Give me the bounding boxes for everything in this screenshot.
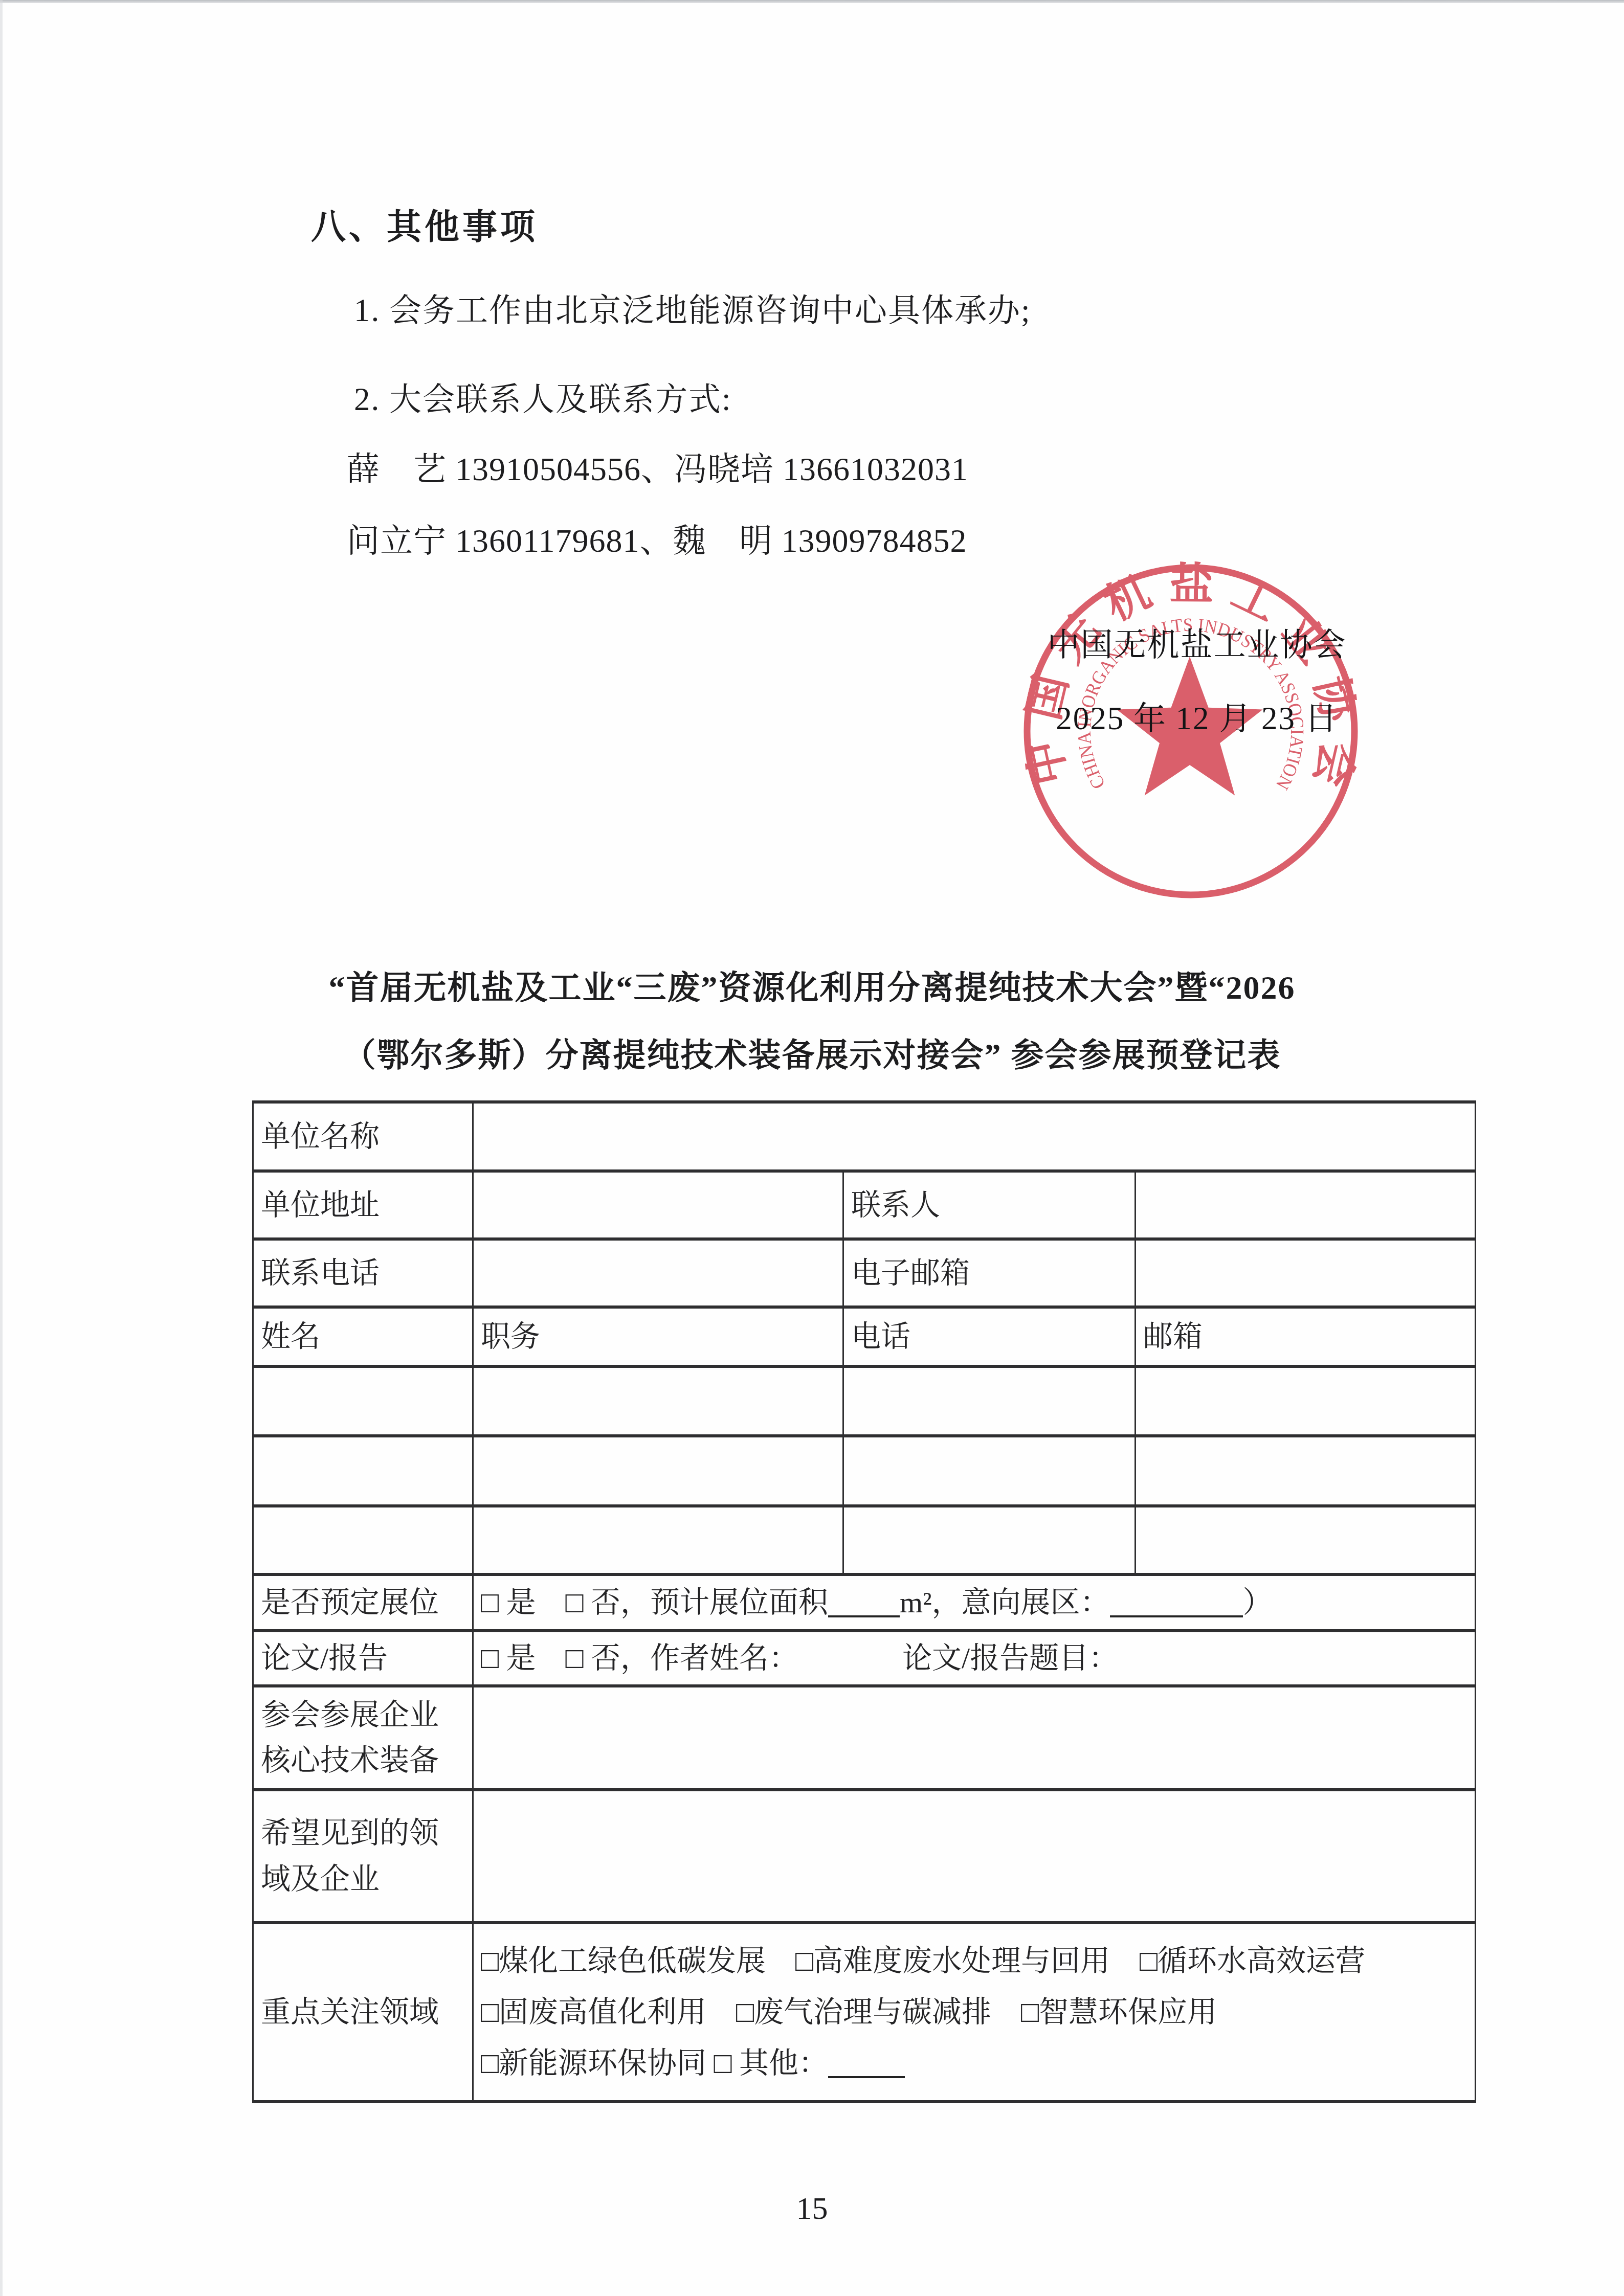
attendee-phone-cell: [843, 1366, 1136, 1436]
hope-row: 希望见到的领域及企业: [253, 1790, 1476, 1923]
focus-row: 重点关注领域 □煤化工绿色低碳发展 □高难度废水处理与回用 □循环水高效运营 □…: [253, 1923, 1476, 2102]
attendee-name-cell: [253, 1436, 473, 1506]
paper-label: 论文/报告: [253, 1631, 473, 1686]
signature-org-line: 中国无机盐工业协会: [1031, 619, 1363, 665]
contact-phone-label: 联系电话: [253, 1239, 473, 1307]
unit-address-label: 单位地址: [253, 1171, 473, 1239]
list-item-1: 1. 会务工作由北京泛地能源咨询中心具体承办;: [354, 284, 1031, 331]
contact-person-label: 联系人: [843, 1171, 1136, 1239]
attendee-mailbox-cell: [1136, 1506, 1476, 1574]
focus-other-blank: [828, 2076, 905, 2078]
title-column-header: 职务: [473, 1307, 843, 1366]
name-column-header: 姓名: [253, 1307, 473, 1366]
equipment-input-cell: [473, 1686, 1476, 1790]
hope-input-cell: [473, 1790, 1476, 1923]
paper-options-cell: □ 是 □ 否，作者姓名： 论文/报告题目：: [473, 1631, 1476, 1686]
booth-area-blank: [828, 1615, 900, 1617]
email-input-cell: [1136, 1239, 1476, 1307]
booth-options-part1: □ 是 □ 否，预计展位面积: [481, 1586, 828, 1619]
attendee-phone-cell: [843, 1506, 1136, 1574]
hope-label: 希望见到的领域及企业: [253, 1790, 473, 1923]
table-row: 联系电话 电子邮箱: [253, 1239, 1476, 1307]
attendee-mailbox-cell: [1136, 1366, 1476, 1436]
form-title-line1: “首届无机盐及工业“三废”资源化利用分离提纯技术大会”暨“2026: [0, 961, 1624, 1008]
focus-option-line: □煤化工绿色低碳发展 □高难度废水处理与回用 □循环水高效运营: [481, 1935, 1471, 1987]
attendee-phone-cell: [843, 1436, 1136, 1506]
unit-name-label: 单位名称: [253, 1102, 473, 1171]
document-page: 八、其他事项 1. 会务工作由北京泛地能源咨询中心具体承办; 2. 大会联系人及…: [0, 0, 1624, 2296]
booth-row: 是否预定展位 □ 是 □ 否，预计展位面积m²，意向展区：）: [253, 1574, 1476, 1631]
table-header-row: 姓名 职务 电话 邮箱: [253, 1307, 1476, 1366]
booth-options-part3: ）: [1243, 1586, 1273, 1619]
focus-option-line: □新能源环保协同 □ 其他：: [481, 2038, 1471, 2089]
mailbox-column-header: 邮箱: [1136, 1307, 1476, 1366]
unit-address-input-cell: [473, 1171, 843, 1239]
contact-line-2: 问立宁 13601179681、魏 明 13909784852: [347, 514, 967, 561]
attendee-title-cell: [473, 1436, 843, 1506]
phone-column-header: 电话: [843, 1307, 1136, 1366]
form-title-line2: （鄂尔多斯）分离提纯技术装备展示对接会” 参会参展预登记表: [0, 1029, 1624, 1076]
page-number: 15: [0, 2191, 1624, 2227]
contact-person-input-cell: [1136, 1171, 1476, 1239]
booth-options-part2: m²，意向展区：: [900, 1586, 1110, 1619]
attendee-row: [253, 1436, 1476, 1506]
equipment-row: 参会参展企业核心技术装备: [253, 1686, 1476, 1790]
booth-options-cell: □ 是 □ 否，预计展位面积m²，意向展区：）: [473, 1574, 1476, 1631]
signature-date-line: 2025 年 12 月 23 日: [1031, 692, 1363, 739]
attendee-title-cell: [473, 1366, 843, 1436]
attendee-title-cell: [473, 1506, 843, 1574]
focus-option-line: □固废高值化利用 □废气治理与碳减排 □智慧环保应用: [481, 1987, 1471, 2038]
attendee-name-cell: [253, 1366, 473, 1436]
registration-table: 单位名称 单位地址 联系人 联系电话 电子邮箱 姓名 职务 电话 邮箱: [252, 1100, 1476, 2103]
list-item-2: 2. 大会联系人及联系方式:: [354, 373, 732, 420]
email-label: 电子邮箱: [843, 1239, 1136, 1307]
attendee-name-cell: [253, 1506, 473, 1574]
focus-options-cell: □煤化工绿色低碳发展 □高难度废水处理与回用 □循环水高效运营 □固废高值化利用…: [473, 1923, 1476, 2102]
scan-edge-top: [0, 0, 1624, 3]
scan-edge-left: [0, 0, 3, 2296]
attendee-row: [253, 1366, 1476, 1436]
equipment-label: 参会参展企业核心技术装备: [253, 1686, 473, 1790]
booth-label: 是否预定展位: [253, 1574, 473, 1631]
attendee-row: [253, 1506, 1476, 1574]
focus-option-line-text: □新能源环保协同 □ 其他：: [481, 2046, 828, 2080]
focus-label: 重点关注领域: [253, 1923, 473, 2102]
unit-name-input-cell: [473, 1102, 1476, 1171]
table-row: 单位地址 联系人: [253, 1171, 1476, 1239]
contact-line-1: 薛 艺 13910504556、冯晓培 13661032031: [347, 443, 968, 490]
attendee-mailbox-cell: [1136, 1436, 1476, 1506]
booth-zone-blank: [1110, 1615, 1243, 1617]
contact-phone-input-cell: [473, 1239, 843, 1307]
table-row: 单位名称: [253, 1102, 1476, 1171]
section-heading: 八、其他事项: [311, 199, 538, 249]
paper-row: 论文/报告 □ 是 □ 否，作者姓名： 论文/报告题目：: [253, 1631, 1476, 1686]
